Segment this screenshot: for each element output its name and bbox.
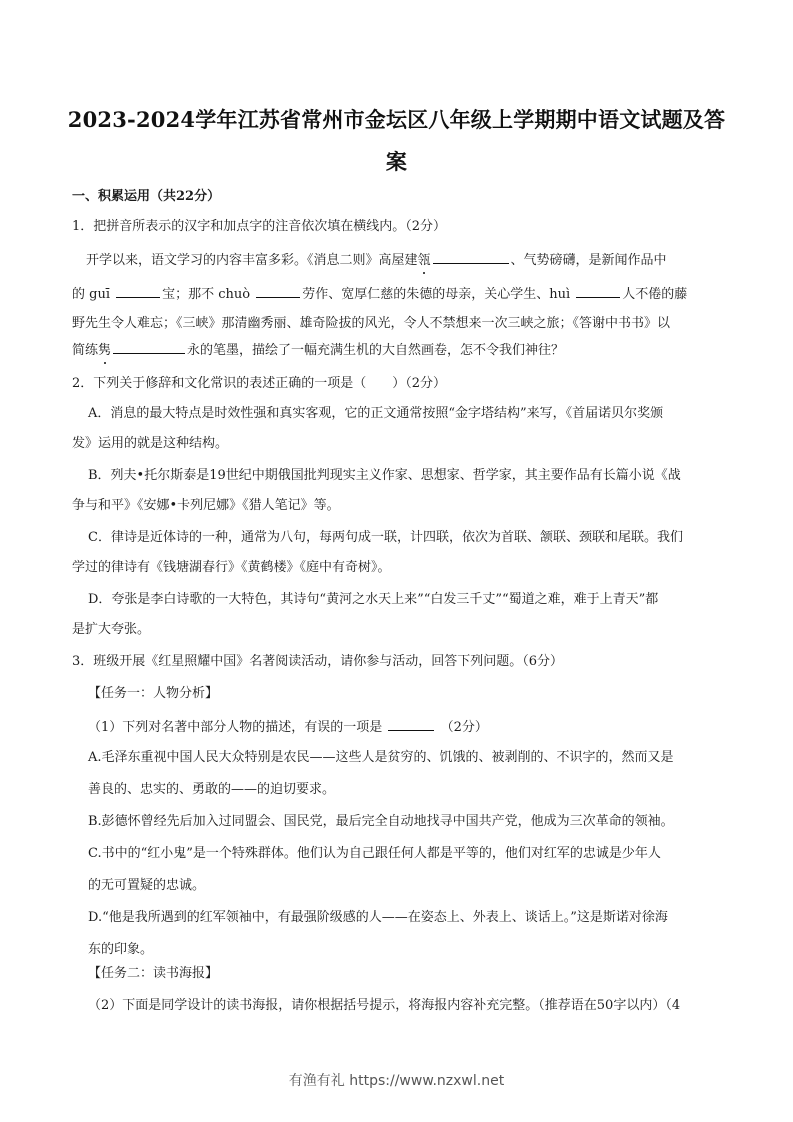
question-2-option-a-cont: 发》运用的就是这种结构。 (72, 436, 228, 452)
task-2-heading: 【任务二：读书海报】 (88, 966, 218, 982)
sub-question-text: （1）下列对名著中部分人物的描述，有误的一项是 (88, 720, 382, 735)
answer-blank-6[interactable] (388, 718, 434, 731)
passage-text: 宝；那不 chuò (162, 287, 254, 302)
watermark-footer: 有渔有礼 https://www.nzxwl.net (0, 1070, 793, 1090)
passage-text: 、气势磅礴，是新闻作品中 (511, 253, 667, 268)
question-3-option-d-cont: 东的印象。 (88, 942, 153, 958)
question-3-stem: 3．班级开展《红星照耀中国》名著阅读活动，请你参与活动，回答下列问题。（6分） (72, 654, 563, 670)
question-3-sub1: （1）下列对名著中部分人物的描述，有误的一项是 （2分） (88, 718, 488, 736)
passage-text: 的 guī (72, 287, 114, 302)
question-1-stem: 1．把拼音所表示的汉字和加点字的注音依次填在横线内。（2分） (72, 219, 446, 235)
answer-blank-3[interactable] (256, 285, 300, 298)
question-2-option-b-cont: 争与和平》《安娜•卡列尼娜》《猎人笔记》等。 (72, 498, 340, 514)
answer-blank-4[interactable] (576, 285, 620, 298)
question-2-option-b: B．列夫•托尔斯泰是19世纪中期俄国批判现实主义作家、思想家、哲学家，其主要作品… (88, 468, 681, 484)
question-1-passage-line1: 开学以来，语文学习的内容丰富多彩。《消息二则》高屋建瓴、气势磅礴，是新闻作品中 (86, 251, 667, 269)
passage-text: 简练 (72, 343, 98, 358)
task-1-heading: 【任务一：人物分析】 (88, 686, 218, 702)
score-label: （2分） (441, 720, 488, 735)
question-3-option-a: A.毛泽东重视中国人民大众特别是农民——这些人是贫穷的、饥饿的、被剥削的、不识字… (88, 750, 674, 766)
question-1-passage-line4: 简练隽永的笔墨，描绘了一幅充满生机的大自然画卷，怎不令我们神往？ (72, 341, 564, 359)
answer-blank-1[interactable] (433, 251, 509, 264)
answer-blank-2[interactable] (116, 285, 160, 298)
section-heading: 一、积累运用（共22分） (72, 189, 220, 205)
document-title-line1: 2023-2024学年江苏省常州市金坛区八年级上学期期中语文试题及答 (60, 104, 733, 134)
question-3-option-c: C.书中的“红小鬼”是一个特殊群体。他们认为自己跟任何人都是平等的，他们对红军的… (88, 846, 661, 862)
question-3-option-b: B.彭德怀曾经先后加入过同盟会、国民党，最后完全自动地找寻中国共产党，他成为三次… (88, 814, 674, 830)
question-3-option-d: D.“他是我所遇到的红军领袖中，有最强阶级感的人——在姿态上、外表上、谈话上。”… (88, 910, 668, 926)
exam-page: 2023-2024学年江苏省常州市金坛区八年级上学期期中语文试题及答 案 一、积… (0, 0, 793, 1122)
dotted-character: 隽 (98, 343, 111, 359)
question-2-stem: 2．下列关于修辞和文化常识的表述正确的一项是（ ）（2分） (72, 376, 446, 392)
passage-text: 开学以来，语文学习的内容丰富多彩。《消息二则》高屋建 (86, 253, 418, 268)
document-title-line2: 案 (60, 146, 733, 176)
dotted-character: 瓴 (418, 253, 431, 269)
question-3-option-a-cont: 善良的、忠实的、勇敢的——的迫切要求。 (88, 782, 335, 798)
passage-text: 人不倦的藤 (622, 287, 687, 302)
question-2-option-a: A．消息的最大特点是时效性强和真实客观，它的正文通常按照“金字塔结构”来写，《首… (88, 406, 663, 422)
question-2-option-c: C．律诗是近体诗的一种，通常为八句，每两句成一联，计四联，依次为首联、颔联、颈联… (88, 530, 683, 546)
question-2-option-d: D．夸张是李白诗歌的一大特色，其诗句“黄河之水天上来”“白发三千丈”“蜀道之难，… (88, 592, 658, 608)
question-2-option-c-cont: 学过的律诗有《钱塘湖春行》《黄鹤楼》《庭中有奇树》。 (72, 560, 391, 576)
answer-blank-5[interactable] (113, 341, 185, 354)
question-1-passage-line2: 的 guī 宝；那不 chuò 劳作、宽厚仁慈的朱德的母亲，关心学生、huì 人… (72, 285, 687, 303)
passage-text: 永的笔墨，描绘了一幅充满生机的大自然画卷，怎不令我们神往？ (187, 343, 564, 358)
question-1-passage-line3: 野先生令人难忘；《三峡》那清幽秀丽、雄奇险拔的风光，令人不禁想来一次三峡之旅；《… (72, 316, 670, 332)
passage-text: 劳作、宽厚仁慈的朱德的母亲，关心学生、huì (302, 287, 574, 302)
question-3-sub2: （2）下面是同学设计的读书海报，请你根据括号提示，将海报内容补充完整。（推荐语在… (88, 998, 680, 1014)
question-3-option-c-cont: 的无可置疑的忠诚。 (88, 878, 205, 894)
question-2-option-d-cont: 是扩大夸张。 (72, 622, 150, 638)
